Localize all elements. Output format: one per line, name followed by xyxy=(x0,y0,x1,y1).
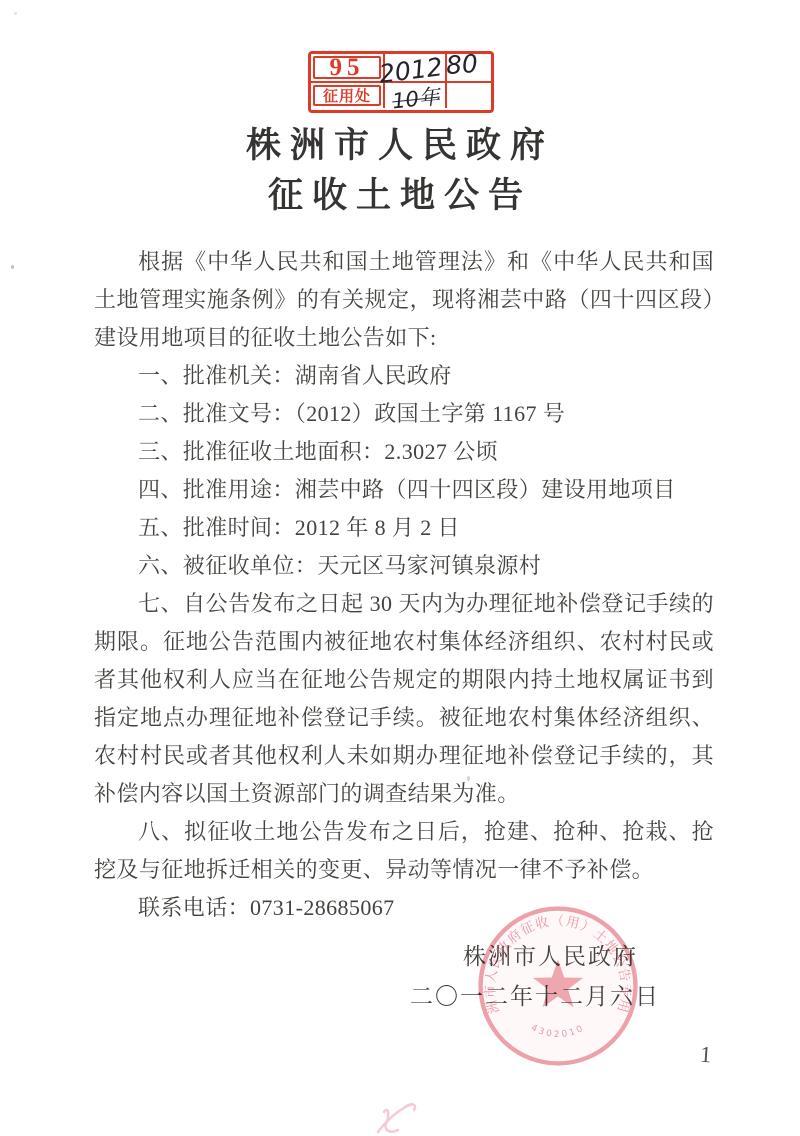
scan-speck xyxy=(11,265,14,269)
paragraph-contact-phone: 联系电话：0731-28685067 xyxy=(94,889,714,927)
stamp-cell-dept-innerbox: 征用处 xyxy=(313,85,381,106)
scanned-announcement-page: { "stamp_box": { "color": "#dd3a28", "to… xyxy=(0,0,800,1136)
stamp-cell-number-innerbox: 95 xyxy=(313,56,381,79)
paragraph-item-4: 四、批准用途：湘芸中路（四十四区段）建设用地项目 xyxy=(94,471,714,509)
signature-authority: 株洲市人民政府 xyxy=(463,938,660,971)
paragraph-item-2: 二、批准文号：（2012）政国土字第 1167 号 xyxy=(94,395,714,433)
paragraph-item-3: 三、批准征收土地面积：2.3027 公顷 xyxy=(94,433,714,471)
scan-speck xyxy=(467,776,470,781)
registry-stamp-box: 95 征用处 xyxy=(308,51,494,113)
paragraph-intro: 根据《中华人民共和国土地管理法》和《中华人民共和国土地管理实施条例》的有关规定，… xyxy=(94,243,714,357)
document-title-subject: 征收土地公告 xyxy=(0,168,800,218)
seal-number: 4302010 xyxy=(529,1023,587,1040)
stamp-dept-label: 征用处 xyxy=(323,85,371,106)
stamp-cell-number: 95 xyxy=(311,54,383,81)
stamp-cell-serial xyxy=(445,54,491,81)
page-number: 1 xyxy=(699,1042,712,1069)
paragraph-item-7: 七、自公告发布之日起 30 天内为办理征地补偿登记手续的期限。征地公告范围内被征… xyxy=(94,585,714,813)
pink-scribble-path xyxy=(378,1104,415,1132)
pink-scribble-mark xyxy=(360,1086,440,1136)
paragraph-item-6: 六、被征收单位：天元区马家河镇泉源村 xyxy=(94,547,714,585)
stamp-cell-empty xyxy=(445,81,491,108)
paragraph-item-8: 八、拟征收土地公告发布之日后，抢建、抢种、抢栽、抢挖及与征地拆迁相关的变更、异动… xyxy=(94,813,714,889)
stamp-number-label: 95 xyxy=(330,54,365,82)
scan-speck xyxy=(14,12,17,15)
paragraph-item-5: 五、批准时间：2012 年 8 月 2 日 xyxy=(94,509,714,547)
stamp-cell-duration xyxy=(383,81,445,108)
stamp-cell-year xyxy=(383,54,445,81)
svg-text:4302010: 4302010 xyxy=(529,1023,587,1040)
announcement-body: 根据《中华人民共和国土地管理法》和《中华人民共和国土地管理实施条例》的有关规定，… xyxy=(94,243,714,927)
signature-date: 二〇一二年十二月六日 xyxy=(410,978,660,1011)
stamp-cell-dept: 征用处 xyxy=(311,81,383,108)
paragraph-item-1: 一、批准机关：湖南省人民政府 xyxy=(94,357,714,395)
document-title-authority: 株洲市人民政府 xyxy=(0,118,800,168)
